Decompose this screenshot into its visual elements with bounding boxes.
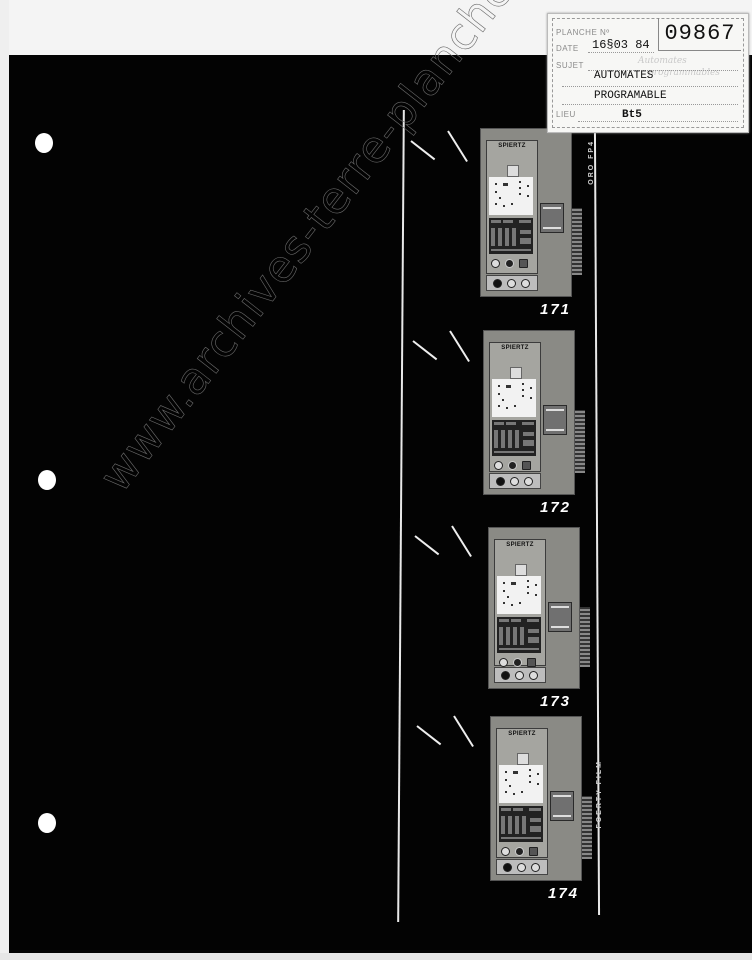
gauge [527, 658, 536, 667]
dial-display [510, 367, 522, 379]
gauge [519, 259, 528, 268]
push-button [515, 671, 524, 680]
control-panel: SPIERTZ [489, 342, 541, 472]
subject-field-label: SUJET [556, 61, 584, 70]
keypad [497, 617, 541, 653]
archive-label: 09867 PLANCHE Nº DATE 16§03 84 SUJET Aut… [547, 13, 749, 133]
push-button [524, 477, 533, 486]
film-edge-text-top: ORO FP4 [588, 140, 595, 185]
dial-display [517, 753, 529, 765]
emergency-button [496, 477, 505, 486]
push-button [531, 863, 540, 872]
subject-line-3 [562, 104, 738, 105]
date-value: 16§03 84 [592, 38, 650, 52]
plate-field-label: PLANCHE Nº [556, 28, 610, 37]
cable-rack [575, 410, 585, 473]
key-switch [508, 461, 517, 470]
frame-number: 173 [540, 693, 571, 710]
binder-hole-top [35, 133, 53, 153]
key-switch [515, 847, 524, 856]
emergency-button [503, 863, 512, 872]
keypad [492, 420, 536, 456]
button-base [486, 275, 538, 291]
keypad [489, 218, 533, 254]
instruction-sheet [489, 177, 533, 215]
selector-knob [491, 259, 500, 268]
cable-rack [580, 607, 590, 667]
instruction-sheet [499, 765, 543, 803]
dial-display [507, 165, 519, 177]
frame-number: 172 [540, 499, 571, 516]
instruction-sheet [497, 576, 541, 614]
subject-line-1-text: AUTOMATES [594, 70, 653, 82]
selector-knob [501, 847, 510, 856]
date-field-label: DATE [556, 44, 579, 53]
side-door [540, 203, 564, 233]
push-button [521, 279, 530, 288]
side-door [548, 602, 572, 632]
scan-left-margin [0, 0, 9, 960]
control-panel: SPIERTZ [494, 539, 546, 666]
date-line [588, 52, 654, 53]
selector-knob [499, 658, 508, 667]
instruction-sheet [492, 379, 536, 417]
place-value: Bt5 [622, 109, 642, 121]
side-door [543, 405, 567, 435]
dial-display [515, 564, 527, 576]
place-field-label: LIEU [556, 110, 576, 119]
film-edge-text-bottom: FOERTY FILM [596, 760, 603, 829]
push-button [507, 279, 516, 288]
binder-hole-bottom [38, 813, 56, 833]
button-base [494, 667, 546, 683]
push-button [510, 477, 519, 486]
button-base [496, 859, 548, 875]
emergency-button [501, 671, 510, 680]
push-button [529, 671, 538, 680]
emergency-button [493, 279, 502, 288]
scan-bottom-margin [0, 953, 752, 960]
control-panel: SPIERTZ [496, 728, 548, 858]
subject-line-2-text: PROGRAMABLE [594, 90, 667, 102]
key-switch [505, 259, 514, 268]
button-base [489, 473, 541, 489]
place-line [578, 121, 738, 122]
brand-plate: SPIERTZ [497, 731, 547, 737]
frame-number: 174 [548, 885, 579, 902]
control-panel: SPIERTZ [486, 140, 538, 274]
gauge [529, 847, 538, 856]
binder-hole-middle [38, 470, 56, 490]
cable-rack [582, 796, 592, 859]
frame-number: 171 [540, 301, 571, 318]
brand-plate: SPIERTZ [487, 143, 537, 149]
gauge [522, 461, 531, 470]
contact-sheet [9, 55, 752, 953]
brand-plate: SPIERTZ [490, 345, 540, 351]
plate-number: 09867 [658, 18, 741, 51]
keypad [499, 806, 543, 842]
side-door [550, 791, 574, 821]
cable-rack [572, 208, 582, 275]
key-switch [513, 658, 522, 667]
handwritten-note-1: Automates [638, 56, 687, 66]
selector-knob [494, 461, 503, 470]
brand-plate: SPIERTZ [495, 542, 545, 548]
subject-line-2 [562, 86, 738, 87]
push-button [517, 863, 526, 872]
